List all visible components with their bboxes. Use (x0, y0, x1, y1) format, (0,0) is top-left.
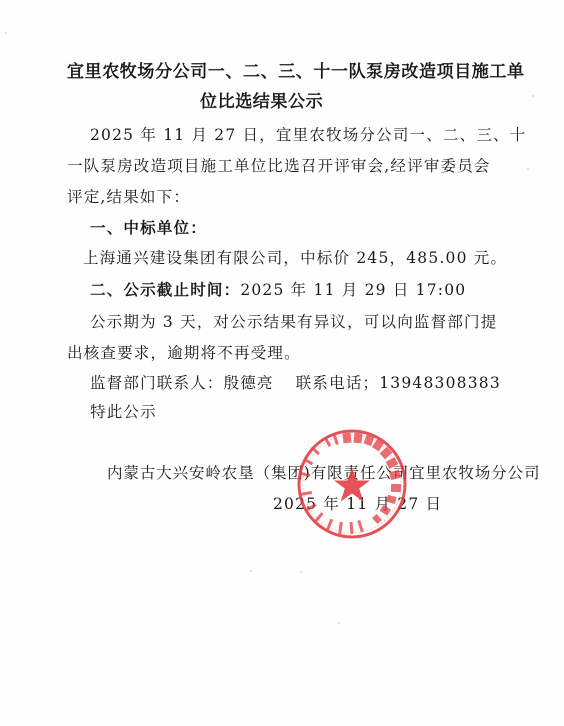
phone-value: 13948308383 (379, 374, 501, 392)
contact-label: 监督部门联系人： (90, 374, 224, 392)
phone-label: 联系电话； (296, 374, 380, 392)
section1-heading: 一、中标单位： (90, 218, 207, 238)
document-page: 宜里农牧场分公司一、二、三、十一队泵房改造项目施工单 位比选结果公示 2025 … (0, 0, 564, 726)
scan-speck (250, 570, 252, 572)
issue-date: 2025 年 11 月 27 日 (273, 494, 442, 514)
title-line-1: 宜里农牧场分公司一、二、三、十一队泵房改造项目施工单 (67, 62, 525, 82)
closing-text: 特此公示 (90, 402, 157, 422)
winner-line: 上海通兴建设集团有限公司，中标价 245，485.00 元。 (83, 248, 507, 268)
scan-speck (527, 168, 529, 170)
scan-speck (5, 32, 7, 34)
section2-heading: 二、公示截止时间： (90, 281, 240, 299)
intro-line-3: 评定,结果如下： (67, 187, 190, 207)
section2-row: 二、公示截止时间：2025 年 11 月 29 日 17:00 (90, 280, 466, 300)
scan-speck (300, 571, 302, 573)
scan-speck (532, 95, 534, 97)
title-line-2: 位比选结果公示 (200, 92, 323, 112)
intro-line-1: 2025 年 11 月 27 日，宜里农牧场分公司一、二、三、十 (90, 125, 526, 145)
period-line-1: 公示期为 3 天，对公示结果有异议，可以向监督部门提 (90, 312, 497, 332)
intro-line-2: 一队泵房改造项目施工单位比选召开评审会,经评审委员会 (67, 156, 491, 176)
seal-ring-text (300, 433, 401, 535)
issuer-name: 内蒙古大兴安岭农垦（集团)有限责任公司宜里农牧场分公司 (107, 463, 540, 483)
scan-speck (338, 622, 340, 624)
official-seal-stamp (296, 428, 408, 540)
period-line-2: 出核查要求，逾期将不再受理。 (67, 343, 301, 363)
deadline-value: 2025 年 11 月 29 日 17:00 (240, 281, 466, 299)
contact-row: 监督部门联系人：殷德亮联系电话；13948308383 (90, 373, 501, 393)
contact-name: 殷德亮 (224, 374, 274, 392)
